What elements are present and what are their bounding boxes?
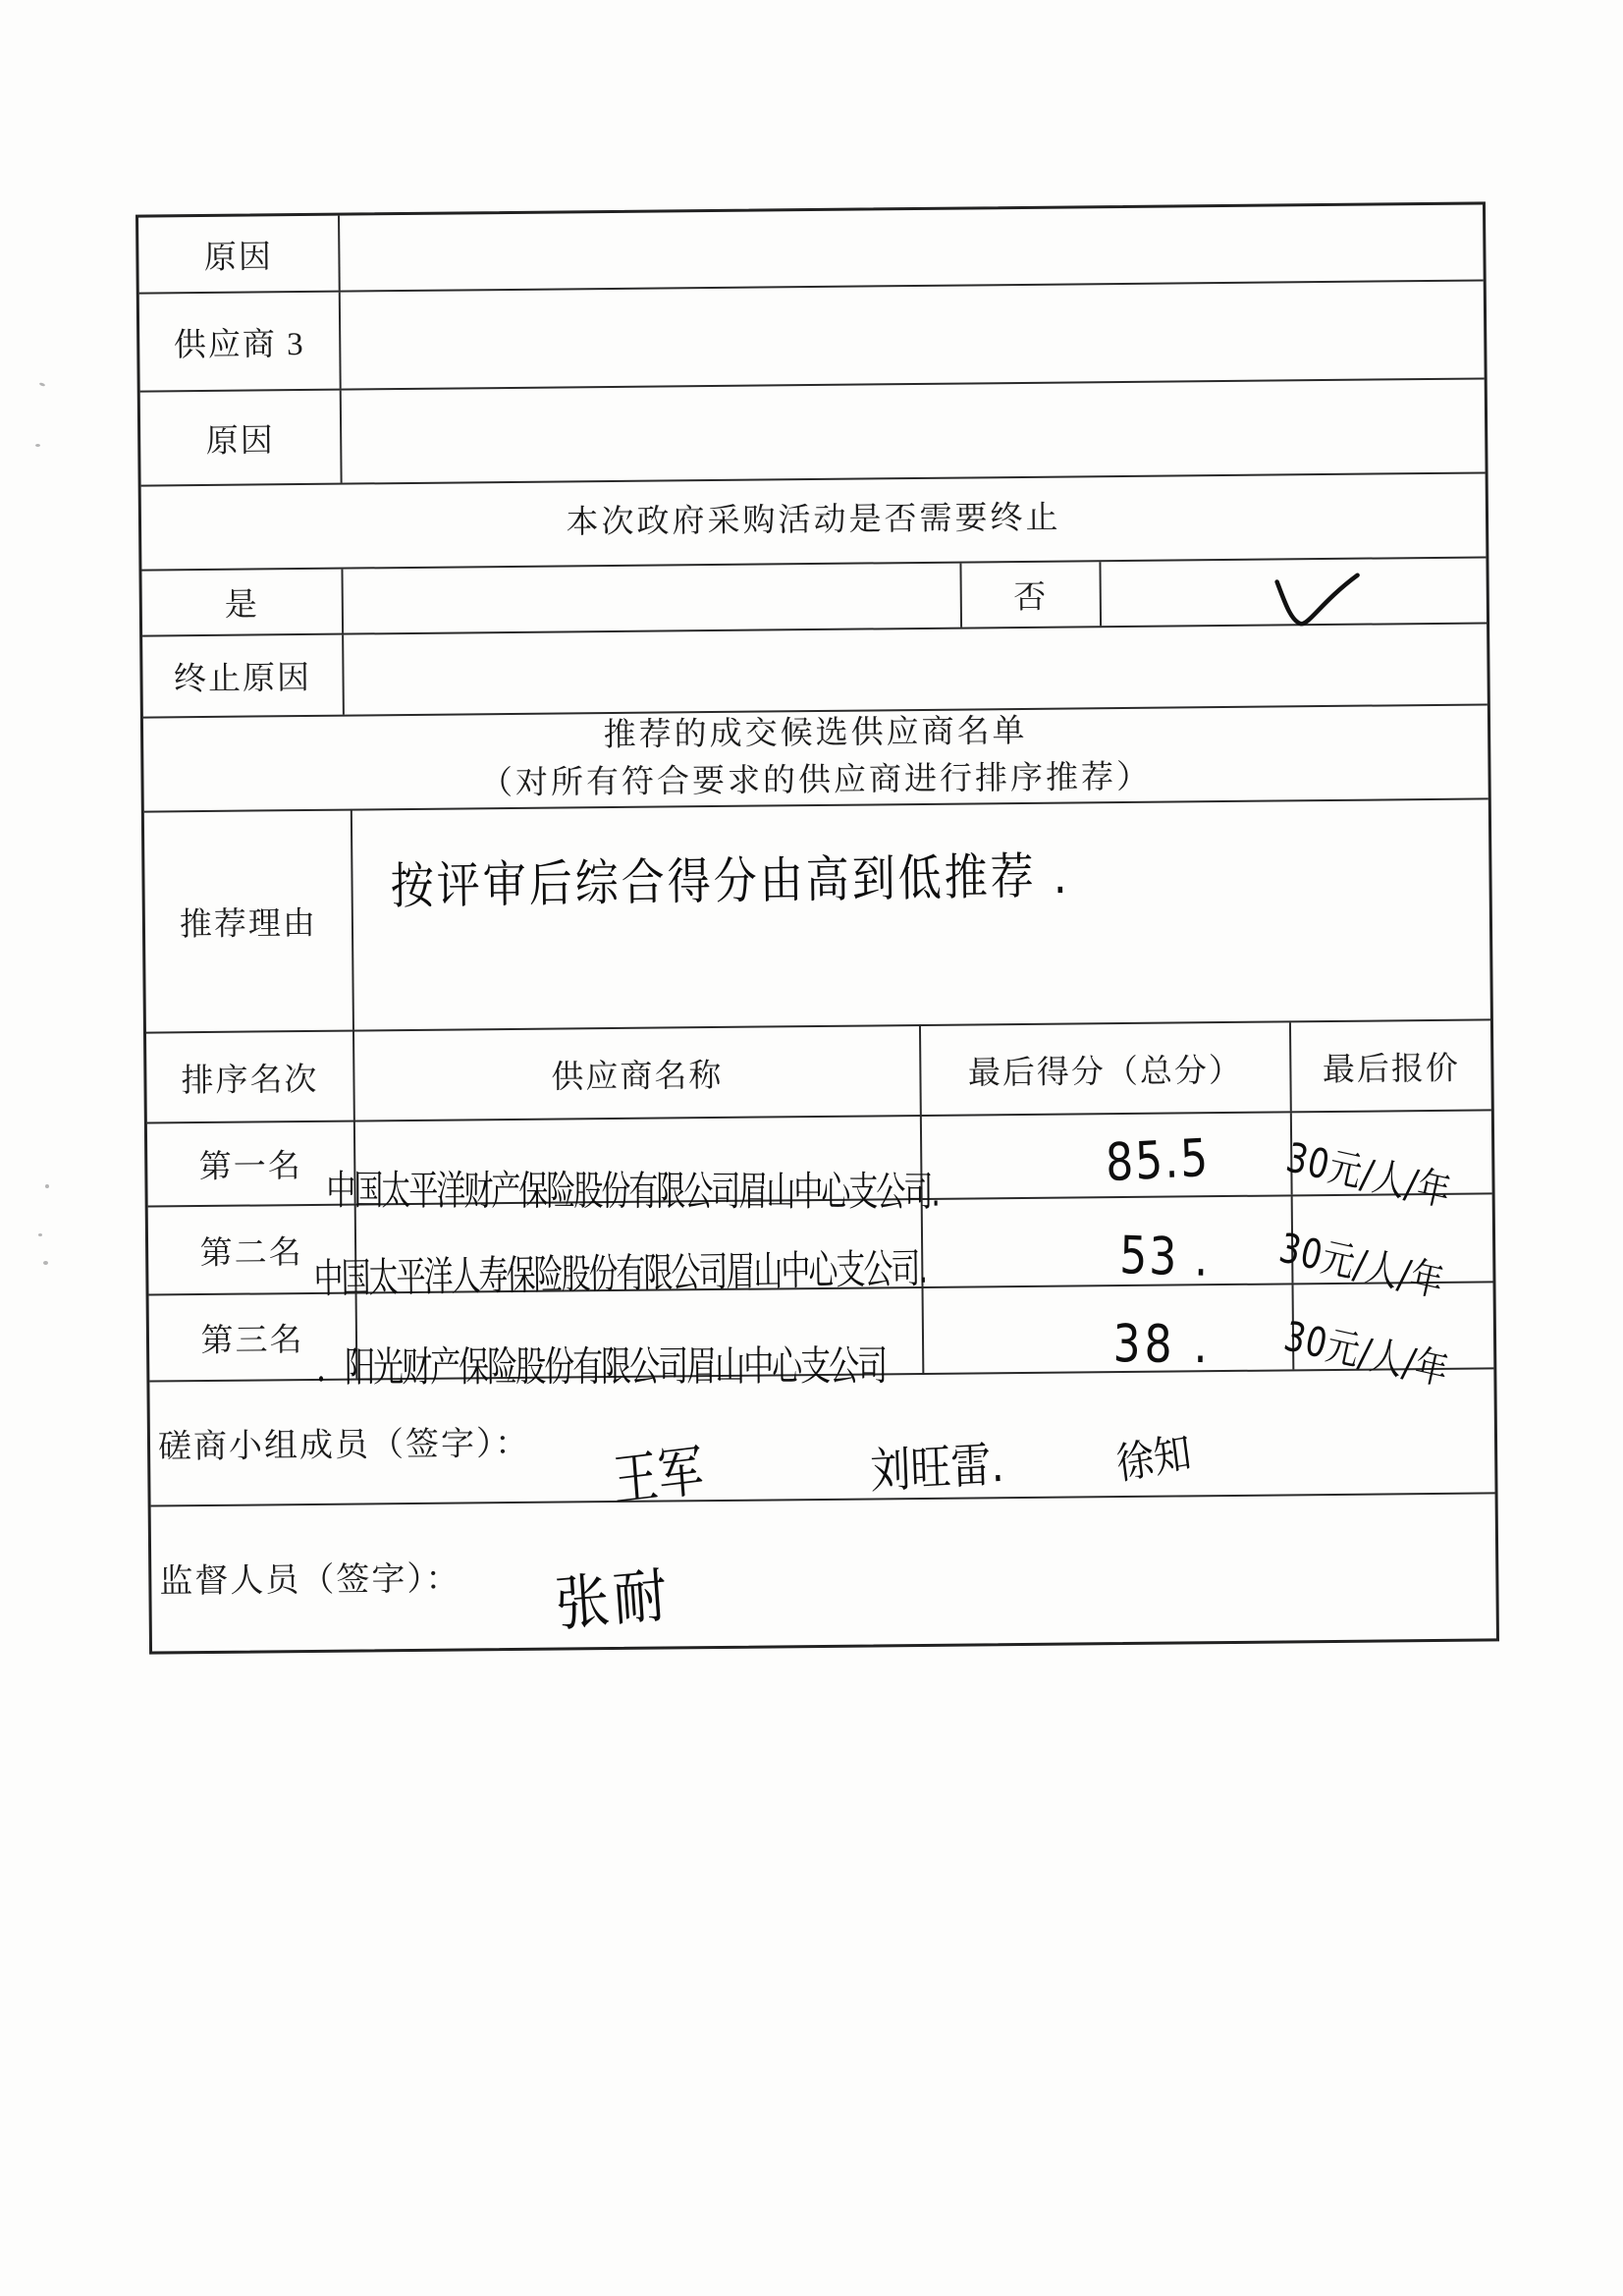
- panel-member-signature-2: 刘旺雷.: [869, 1426, 1005, 1503]
- supervisor-signature-handwriting: 张耐: [552, 1547, 674, 1642]
- terminate-question: 本次政府采购活动是否需要终止: [566, 496, 1060, 548]
- scan-speck: [38, 1233, 42, 1236]
- reason2-label: 原因: [205, 414, 274, 462]
- supplier-header-cell: 供应商名称: [354, 1026, 922, 1121]
- scan-speck: [35, 444, 40, 447]
- recommend-reason-label-cell: 推荐理由: [144, 811, 354, 1032]
- table-row: 原因: [138, 204, 1484, 294]
- no-label-cell: 否: [961, 562, 1102, 627]
- rank-header: 排序名次: [181, 1053, 318, 1100]
- supervisor-signature-cell: 监督人员（签字）：: [151, 1494, 1496, 1649]
- reason-label: 原因: [204, 231, 273, 278]
- quote-header: 最后报价: [1323, 1042, 1460, 1089]
- rank3-label: 第三名: [200, 1314, 303, 1361]
- score3-cell: [924, 1285, 1295, 1373]
- table-row: 推荐的成交候选供应商名单 （对所有符合要求的供应商进行排序推荐）: [143, 705, 1488, 812]
- reason2-value-cell: [342, 379, 1486, 482]
- supplier3-label: 供应商 3: [174, 317, 305, 364]
- reason-label-cell: 原因: [138, 216, 341, 293]
- procurement-result-table: 原因 供应商 3 原因 本次政府采: [135, 201, 1499, 1654]
- terminate-reason-label-cell: 终止原因: [142, 635, 345, 717]
- score-header: 最后得分（总分）: [968, 1044, 1243, 1093]
- yes-value-cell: [343, 564, 962, 633]
- score2-cell: [923, 1196, 1294, 1286]
- score2-handwriting: 53 .: [1119, 1226, 1211, 1288]
- rank-header-cell: 排序名次: [146, 1032, 355, 1122]
- supplier-header: 供应商名称: [551, 1049, 723, 1097]
- no-checkmark-icon: [1271, 572, 1367, 633]
- recommend-subtitle: （对所有符合要求的供应商进行排序推荐）: [480, 755, 1152, 808]
- yes-label: 是: [225, 578, 259, 625]
- table-row: 原因: [140, 379, 1486, 486]
- score3-handwriting: 38 .: [1112, 1314, 1211, 1375]
- reason-value-cell: [340, 204, 1484, 290]
- no-label: 否: [1013, 572, 1048, 618]
- recommend-title: 推荐的成交候选供应商名单: [603, 709, 1027, 760]
- recommend-title-cell: 推荐的成交候选供应商名单 （对所有符合要求的供应商进行排序推荐）: [143, 705, 1488, 810]
- scan-speck: [39, 382, 46, 387]
- supervisor-signature-label: 监督人员（签字）：: [159, 1552, 460, 1603]
- terminate-question-cell: 本次政府采购活动是否需要终止: [141, 473, 1487, 569]
- table-row: 供应商 3: [139, 281, 1485, 392]
- table-row: 本次政府采购活动是否需要终止: [141, 473, 1487, 571]
- supplier1-handwriting: 中国太平洋财产保险股份有限公司眉山中心支公司.: [326, 1157, 939, 1218]
- quote-header-cell: 最后报价: [1291, 1020, 1491, 1111]
- rank2-label: 第二名: [199, 1227, 302, 1274]
- terminate-reason-label: 终止原因: [174, 652, 311, 699]
- yes-label-cell: 是: [141, 570, 344, 635]
- supplier3-value-cell: [341, 281, 1485, 388]
- table-row: 终止原因: [142, 624, 1488, 718]
- panel-member-signature-1: 王军: [610, 1426, 706, 1517]
- scan-speck: [43, 1261, 48, 1265]
- supplier2-handwriting: 中国太平洋人寿保险股份有限公司眉山中心支公司.: [313, 1234, 926, 1304]
- rank1-label: 第一名: [199, 1140, 302, 1187]
- recommend-reason-handwriting: 按评审后综合得分由高到低推荐 .: [390, 835, 1070, 917]
- terminate-reason-value-cell: [344, 624, 1488, 714]
- panel-signature-label: 磋商小组成员（签字）：: [158, 1416, 530, 1468]
- panel-member-signature-3: 徐知: [1112, 1417, 1194, 1491]
- scanned-procurement-form-page: 原因 供应商 3 原因 本次政府采: [0, 0, 1623, 2296]
- table-row: 推荐理由: [144, 799, 1490, 1033]
- score1-handwriting: 85.5: [1105, 1128, 1211, 1194]
- ranking-header-row: 排序名次 供应商名称 最后得分（总分） 最后报价: [146, 1020, 1491, 1123]
- scan-speck: [45, 1184, 49, 1188]
- score-header-cell: 最后得分（总分）: [921, 1022, 1292, 1115]
- supplier3-label-cell: 供应商 3: [139, 293, 342, 391]
- reason2-label-cell: 原因: [140, 391, 343, 485]
- supplier3-handwriting: ．阳光财产保险股份有限公司眉山中心支公司: [316, 1332, 886, 1393]
- rank1-cell: 第一名: [147, 1122, 356, 1206]
- recommend-reason-label: 推荐理由: [180, 898, 317, 945]
- supervisor-signature-row: 监督人员（签字）：: [151, 1494, 1496, 1649]
